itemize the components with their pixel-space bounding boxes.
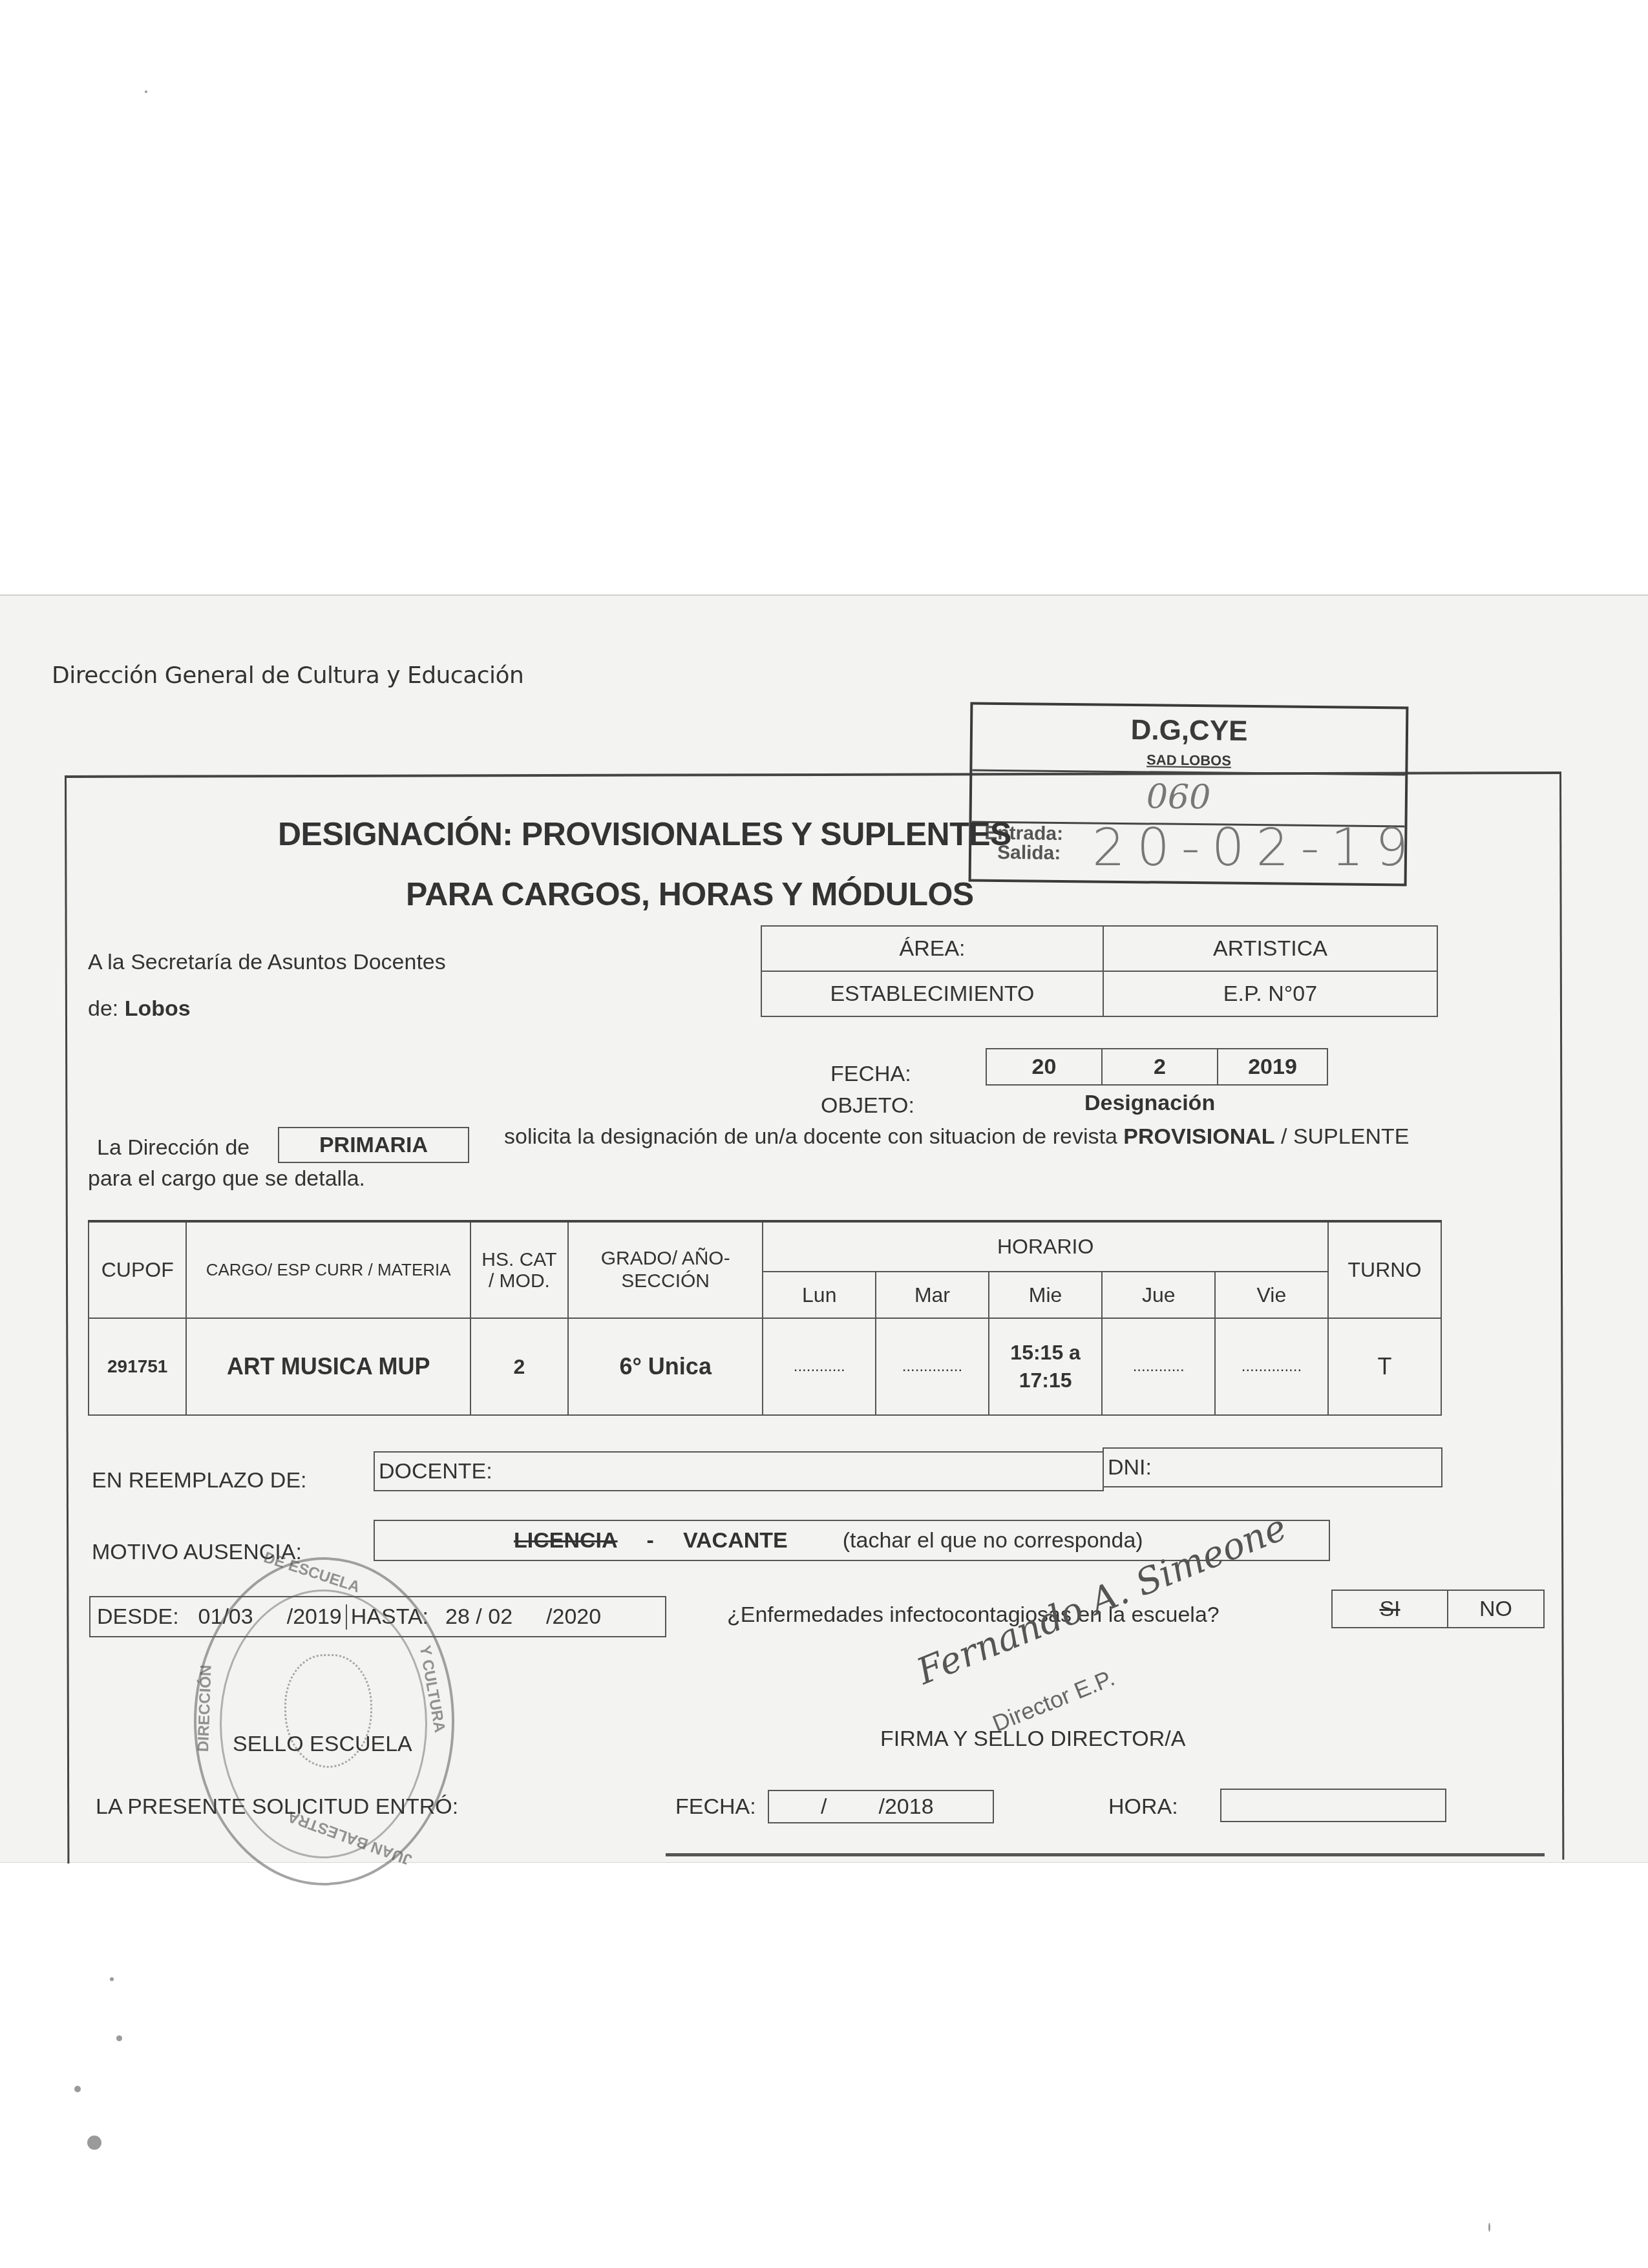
cell-hs-cat: 2 bbox=[470, 1318, 568, 1415]
area-establishment-table: ÁREA: ARTISTICA ESTABLECIMIENTO E.P. N°0… bbox=[761, 925, 1438, 1017]
entry-fecha-field[interactable]: / /2018 bbox=[768, 1790, 994, 1823]
entry-fecha-day: / bbox=[821, 1794, 827, 1820]
cell-mie: 15:15 a 17:15 bbox=[989, 1318, 1103, 1415]
enfermedades-question: ¿Enfermedades infectocontagiosas en la e… bbox=[727, 1602, 1220, 1628]
school-seal-label: SELLO ESCUELA bbox=[233, 1732, 412, 1757]
header-day-jue: Jue bbox=[1102, 1272, 1215, 1318]
motivo-hint: (tachar el que no corresponda) bbox=[843, 1528, 1143, 1553]
entry-fecha-year: /2018 bbox=[878, 1794, 933, 1820]
desde-label: DESDE: bbox=[97, 1604, 179, 1630]
cell-lun: ............ bbox=[763, 1318, 876, 1415]
enfermedades-no-option[interactable]: NO bbox=[1448, 1590, 1544, 1628]
cell-cupof: 291751 bbox=[89, 1318, 186, 1415]
dni-field[interactable]: DNI: bbox=[1103, 1447, 1442, 1487]
docente-label: DOCENTE: bbox=[379, 1459, 492, 1484]
area-label: ÁREA: bbox=[761, 926, 1103, 971]
docente-field[interactable]: DOCENTE: bbox=[374, 1451, 1104, 1491]
form-title-line2: PARA CARGOS, HORAS Y MÓDULOS bbox=[406, 876, 974, 913]
scan-speck bbox=[116, 2035, 122, 2041]
table-row: 291751 ART MUSICA MUP 2 6° Unica .......… bbox=[89, 1318, 1441, 1415]
stamp-handwritten-number: 060 bbox=[1146, 777, 1211, 817]
cell-grado: 6° Unica bbox=[568, 1318, 763, 1415]
header-day-mar: Mar bbox=[876, 1272, 989, 1318]
seal-text-left: DIRECCIÓN bbox=[195, 1664, 216, 1752]
entry-fecha-label: FECHA: bbox=[675, 1794, 756, 1820]
stamp-office: SAD LOBOS bbox=[972, 750, 1405, 771]
motivo-option-licencia[interactable]: LICENCIA bbox=[514, 1528, 618, 1553]
enfermedades-si-option[interactable]: SI bbox=[1332, 1590, 1448, 1628]
request-level-box: PRIMARIA bbox=[278, 1127, 469, 1163]
hasta-daymonth[interactable]: 28 / 02 bbox=[445, 1604, 512, 1630]
fecha-month: 2 bbox=[1102, 1049, 1218, 1085]
request-status-suplente: / SUPLENTE bbox=[1275, 1124, 1410, 1149]
scan-speck bbox=[87, 2136, 101, 2150]
header-cupof: CUPOF bbox=[89, 1221, 186, 1318]
scan-speck bbox=[1488, 2223, 1490, 2232]
header-hs-cat: HS. CAT / MOD. bbox=[470, 1221, 568, 1318]
stamp-handwritten-date: 20-02-19 bbox=[1092, 817, 1420, 877]
dni-label: DNI: bbox=[1108, 1455, 1152, 1480]
header-cargo: CARGO/ ESP CURR / MATERIA bbox=[186, 1221, 470, 1318]
form-title-line1: DESIGNACIÓN: PROVISIONALES Y SUPLENTES bbox=[278, 815, 1011, 853]
fecha-label: FECHA: bbox=[830, 1062, 911, 1087]
de-label: de: bbox=[88, 996, 118, 1021]
establishment-label: ESTABLECIMIENTO bbox=[761, 971, 1103, 1016]
cell-turno: T bbox=[1328, 1318, 1441, 1415]
objeto-label: OBJETO: bbox=[821, 1093, 914, 1118]
addressee-line: A la Secretaría de Asuntos Docentes bbox=[88, 950, 446, 975]
cell-cargo: ART MUSICA MUP bbox=[186, 1318, 470, 1415]
addressee-district: de: Lobos bbox=[88, 996, 191, 1022]
objeto-value: Designación bbox=[1084, 1091, 1215, 1116]
entry-hora-label: HORA: bbox=[1108, 1794, 1178, 1820]
header-horario: HORARIO bbox=[763, 1221, 1327, 1272]
request-line2: para el cargo que se detalla. bbox=[88, 1166, 365, 1192]
header-grado-line1: GRADO/ AÑO- bbox=[569, 1248, 762, 1270]
motivo-option-vacante[interactable]: VACANTE bbox=[683, 1528, 788, 1553]
establishment-value: E.P. N°07 bbox=[1103, 971, 1437, 1016]
header-turno: TURNO bbox=[1328, 1221, 1441, 1318]
header-grado: GRADO/ AÑO- SECCIÓN bbox=[568, 1221, 763, 1318]
form-bottom-rule bbox=[666, 1853, 1545, 1856]
entry-label: LA PRESENTE SOLICITUD ENTRÓ: bbox=[96, 1794, 458, 1820]
fecha-boxes: 20 2 2019 bbox=[986, 1048, 1328, 1086]
request-prefix: La Dirección de bbox=[97, 1135, 249, 1160]
request-middle: solicita la designación de un/a docente … bbox=[504, 1124, 1117, 1149]
request-sentence: solicita la designación de un/a docente … bbox=[504, 1124, 1409, 1150]
scan-speck bbox=[145, 90, 147, 93]
cell-vie: .............. bbox=[1215, 1318, 1328, 1415]
request-status-provisional: PROVISIONAL bbox=[1123, 1124, 1274, 1149]
fecha-year: 2019 bbox=[1218, 1049, 1327, 1085]
area-value: ARTISTICA bbox=[1103, 926, 1437, 971]
director-signature-label: FIRMA Y SELLO DIRECTOR/A bbox=[880, 1727, 1185, 1752]
district-value: Lobos bbox=[125, 996, 191, 1021]
fecha-day: 20 bbox=[986, 1049, 1102, 1085]
schedule-table: CUPOF CARGO/ ESP CURR / MATERIA HS. CAT … bbox=[88, 1220, 1442, 1416]
motivo-separator: - bbox=[647, 1528, 654, 1553]
cell-jue: ............ bbox=[1102, 1318, 1215, 1415]
header-hs-cat-line2: / MOD. bbox=[472, 1270, 567, 1292]
hasta-year[interactable]: /2020 bbox=[546, 1604, 601, 1630]
header-day-lun: Lun bbox=[763, 1272, 876, 1318]
header-hs-cat-line1: HS. CAT bbox=[472, 1249, 567, 1270]
cell-mar: .............. bbox=[876, 1318, 989, 1415]
scan-speck bbox=[74, 2086, 81, 2092]
scan-speck bbox=[110, 1977, 114, 1981]
stamp-agency: D.G,CYE bbox=[973, 712, 1406, 749]
header-day-mie: Mie bbox=[989, 1272, 1103, 1318]
header-grado-line2: SECCIÓN bbox=[569, 1270, 762, 1293]
header-day-vie: Vie bbox=[1215, 1272, 1328, 1318]
entry-hora-field[interactable] bbox=[1220, 1789, 1446, 1822]
reemplazo-label: EN REEMPLAZO DE: bbox=[92, 1468, 307, 1493]
enfermedades-options: SI NO bbox=[1331, 1590, 1545, 1628]
organization-name: Dirección General de Cultura y Educación bbox=[52, 662, 523, 689]
